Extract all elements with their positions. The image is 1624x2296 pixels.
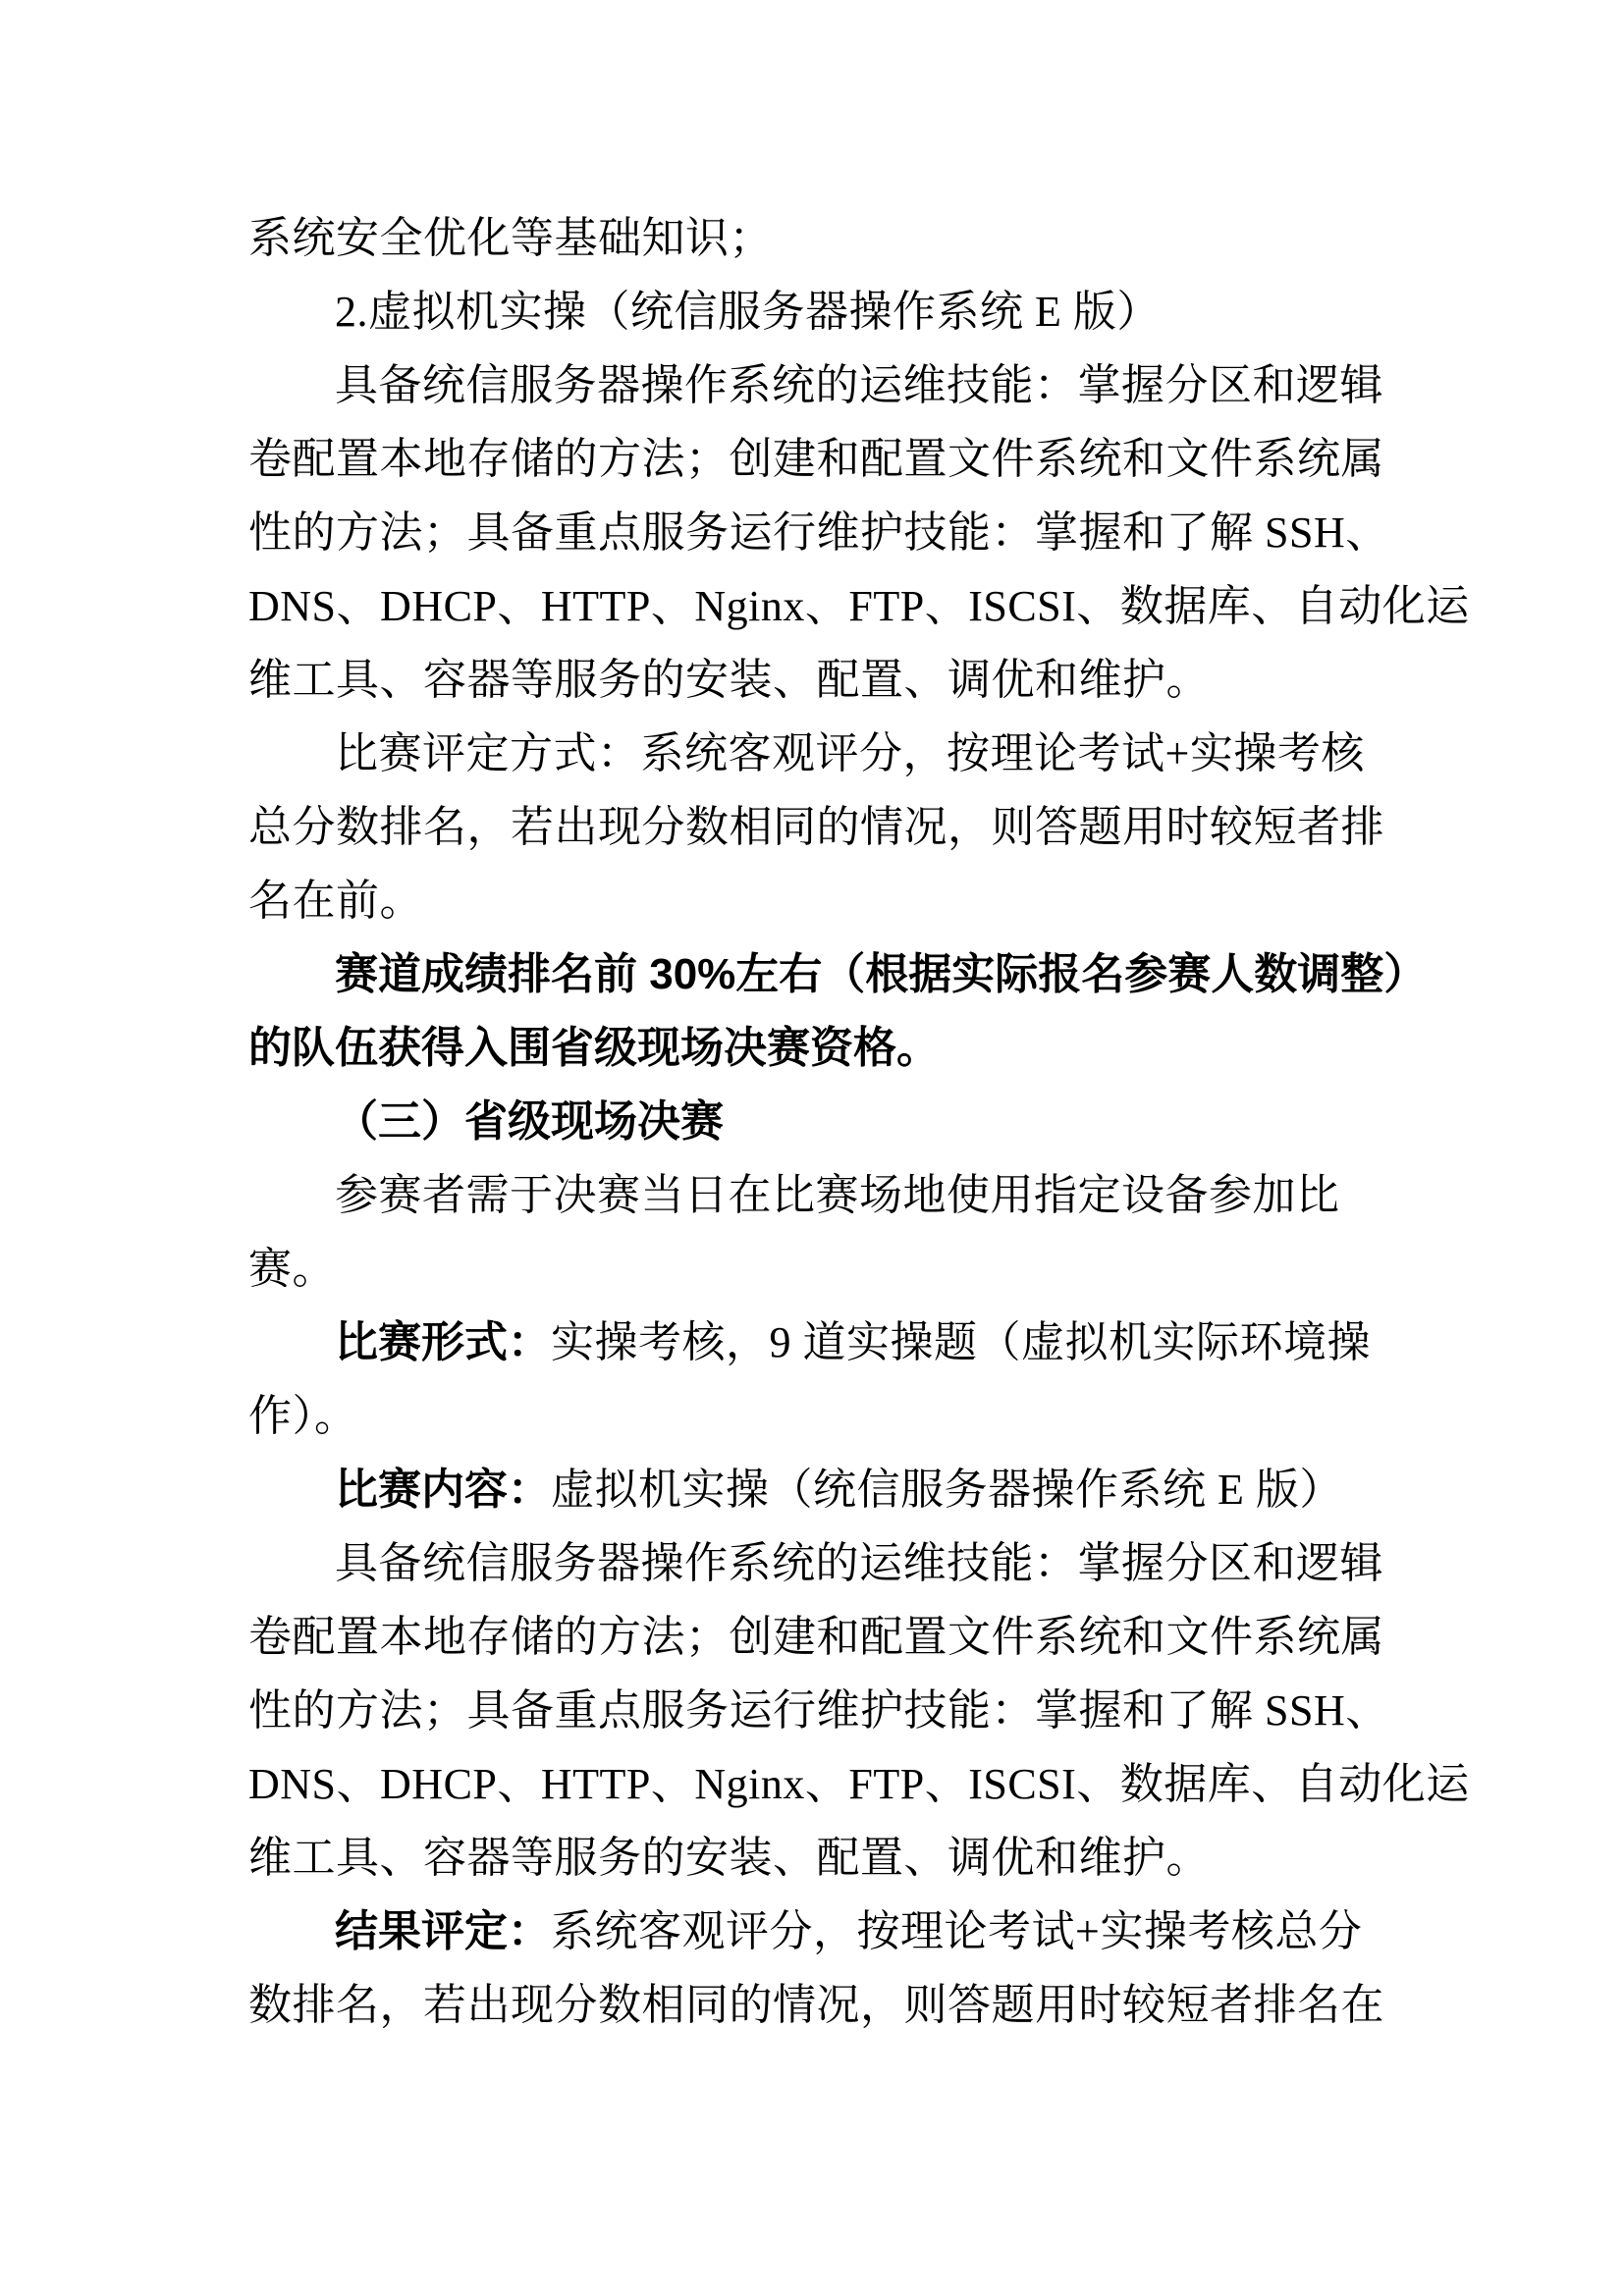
text-line: 具备统信服务器操作系统的运维技能：掌握分区和逻辑	[248, 348, 1387, 422]
bold-text-segment: （三）省级现场决赛	[335, 1097, 724, 1146]
text-segment: 总分数排名，若出现分数相同的情况，则答题用时较短者排	[248, 803, 1384, 851]
text-line: 系统安全优化等基础知识；	[248, 201, 1387, 275]
text-segment: 系统客观评分，按理论考试+实操考核总分	[551, 1907, 1362, 1955]
text-line: 总分数排名，若出现分数相同的情况，则答题用时较短者排	[248, 790, 1387, 864]
bold-text-segment: 比赛形式：	[335, 1318, 551, 1366]
text-segment: 维工具、容器等服务的安装、配置、调优和维护。	[248, 656, 1210, 704]
text-line: 赛。	[248, 1232, 1387, 1306]
bold-text-segment: 比赛内容：	[335, 1466, 551, 1514]
text-segment: 赛。	[248, 1245, 336, 1293]
text-segment: 卷配置本地存储的方法；创建和配置文件系统和文件系统属	[248, 1613, 1384, 1661]
text-segment: 虚拟机实操（统信服务器操作系统 E 版）	[551, 1466, 1343, 1514]
text-line: 性的方法；具备重点服务运行维护技能：掌握和了解 SSH、	[248, 1674, 1387, 1747]
text-segment: 具备统信服务器操作系统的运维技能：掌握分区和逻辑	[335, 1539, 1383, 1587]
text-line: DNS、DHCP、HTTP、Nginx、FTP、ISCSI、数据库、自动化运	[248, 1747, 1387, 1821]
text-segment: 卷配置本地存储的方法；创建和配置文件系统和文件系统属	[248, 435, 1384, 483]
text-segment: 性的方法；具备重点服务运行维护技能：掌握和了解 SSH、	[248, 508, 1389, 557]
text-segment: 系统安全优化等基础知识；	[248, 214, 773, 262]
text-line: 比赛评定方式：系统客观评分，按理论考试+实操考核	[248, 717, 1387, 790]
text-line: 的队伍获得入围省级现场决赛资格。	[248, 1011, 1387, 1085]
text-segment: 参赛者需于决赛当日在比赛场地使用指定设备参加比	[335, 1171, 1340, 1219]
text-line: 2.虚拟机实操（统信服务器操作系统 E 版）	[248, 275, 1387, 348]
document-body: 系统安全优化等基础知识；2.虚拟机实操（统信服务器操作系统 E 版）具备统信服务…	[248, 201, 1387, 2042]
text-segment: DNS、DHCP、HTTP、Nginx、FTP、ISCSI、数据库、自动化运	[248, 582, 1470, 630]
text-segment: 作）。	[248, 1392, 358, 1440]
text-line: 作）。	[248, 1379, 1387, 1453]
text-segment: 性的方法；具备重点服务运行维护技能：掌握和了解 SSH、	[248, 1686, 1389, 1735]
text-line: 比赛内容：虚拟机实操（统信服务器操作系统 E 版）	[248, 1453, 1387, 1526]
text-line: 维工具、容器等服务的安装、配置、调优和维护。	[248, 1821, 1387, 1895]
text-line: 性的方法；具备重点服务运行维护技能：掌握和了解 SSH、	[248, 496, 1387, 569]
bold-text-segment: 赛道成绩排名前 30%左右（根据实际报名参赛人数调整）	[335, 950, 1427, 998]
text-segment: 比赛评定方式：系统客观评分，按理论考试+实操考核	[335, 729, 1365, 777]
text-line: 结果评定：系统客观评分，按理论考试+实操考核总分	[248, 1895, 1387, 1968]
bold-text-segment: 结果评定：	[335, 1907, 551, 1955]
text-line: 赛道成绩排名前 30%左右（根据实际报名参赛人数调整）	[248, 937, 1387, 1011]
text-segment: DNS、DHCP、HTTP、Nginx、FTP、ISCSI、数据库、自动化运	[248, 1760, 1470, 1808]
document-page: 系统安全优化等基础知识；2.虚拟机实操（统信服务器操作系统 E 版）具备统信服务…	[0, 0, 1624, 2296]
text-line: DNS、DHCP、HTTP、Nginx、FTP、ISCSI、数据库、自动化运	[248, 569, 1387, 643]
text-line: 数排名，若出现分数相同的情况，则答题用时较短者排名在	[248, 1968, 1387, 2042]
text-segment: 2.虚拟机实操（统信服务器操作系统 E 版）	[335, 288, 1161, 336]
text-segment: 实操考核，9 道实操题（虚拟机实际环境操	[551, 1318, 1371, 1366]
text-line: 参赛者需于决赛当日在比赛场地使用指定设备参加比	[248, 1158, 1387, 1232]
text-segment: 维工具、容器等服务的安装、配置、调优和维护。	[248, 1834, 1210, 1882]
text-line: 卷配置本地存储的方法；创建和配置文件系统和文件系统属	[248, 1600, 1387, 1674]
text-line: 比赛形式：实操考核，9 道实操题（虚拟机实际环境操	[248, 1306, 1387, 1379]
text-line: （三）省级现场决赛	[248, 1085, 1387, 1158]
text-segment: 名在前。	[248, 877, 423, 925]
text-line: 具备统信服务器操作系统的运维技能：掌握分区和逻辑	[248, 1526, 1387, 1600]
text-segment: 数排名，若出现分数相同的情况，则答题用时较短者排名在	[248, 1981, 1384, 2029]
text-line: 名在前。	[248, 864, 1387, 937]
bold-text-segment: 的队伍获得入围省级现场决赛资格。	[248, 1024, 940, 1072]
text-segment: 具备统信服务器操作系统的运维技能：掌握分区和逻辑	[335, 361, 1383, 409]
text-line: 维工具、容器等服务的安装、配置、调优和维护。	[248, 643, 1387, 717]
text-line: 卷配置本地存储的方法；创建和配置文件系统和文件系统属	[248, 422, 1387, 496]
